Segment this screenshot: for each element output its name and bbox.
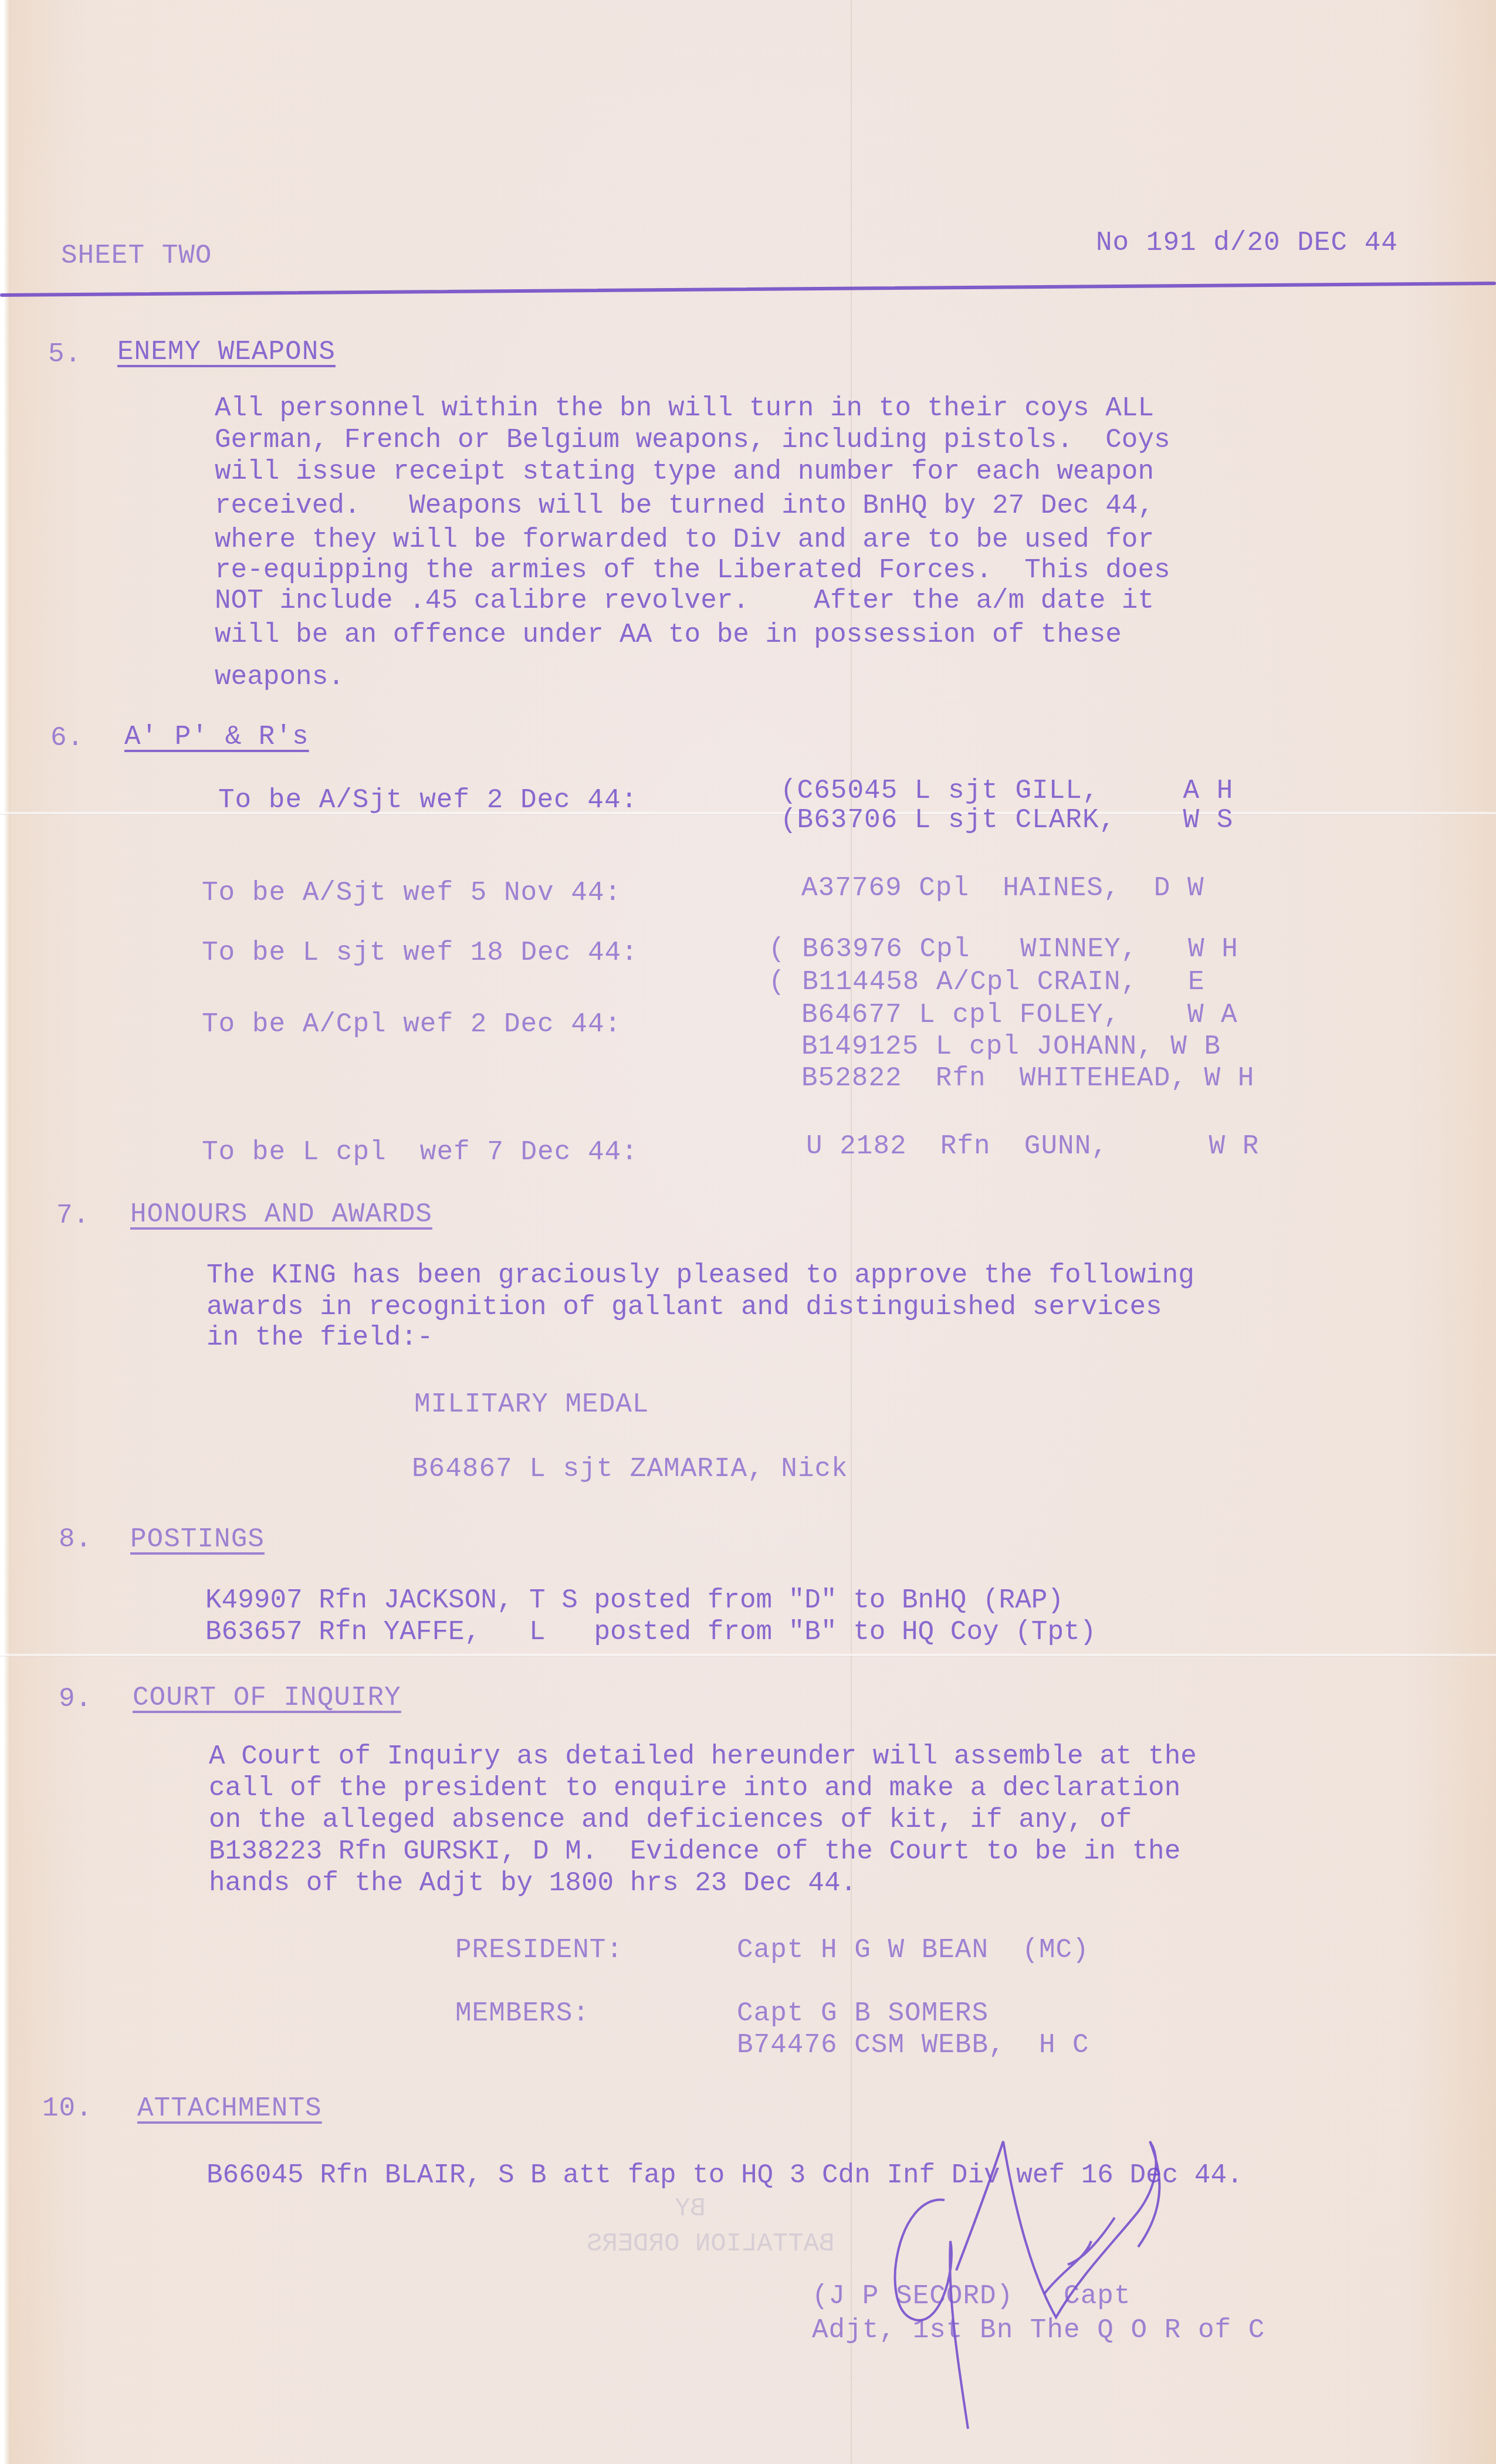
section-number: 8. — [59, 1523, 92, 1556]
body-line: hands of the Adjt by 1800 hrs 23 Dec 44. — [209, 1867, 857, 1900]
body-line: received. Weapons will be turned into Bn… — [215, 489, 1154, 522]
section-title-postings: POSTINGS — [130, 1523, 265, 1556]
appointment-name: A37769 Cpl HAINES, D W — [801, 872, 1204, 905]
appointment-name: (C65045 L sjt GILL, A H — [780, 774, 1233, 807]
appointment-name: ( B114458 A/Cpl CRAIN, E — [769, 966, 1205, 999]
body-line: B63657 Rfn YAFFE, L posted from "B" to H… — [205, 1616, 1096, 1649]
appointment-name: B149125 L cpl JOHANN, W B — [801, 1030, 1221, 1063]
body-line: re-equipping the armies of the Liberated… — [215, 554, 1170, 587]
body-line: on the alleged absence and deficiences o… — [209, 1803, 1132, 1836]
appointment-label: To be A/Sjt wef 5 Nov 44: — [202, 876, 621, 909]
body-line: K49907 Rfn JACKSON, T S posted from "D" … — [205, 1584, 1064, 1617]
section-number: 7. — [56, 1199, 90, 1232]
section-title-honours: HONOURS AND AWARDS — [130, 1198, 432, 1231]
order-reference: No 191 d/20 DEC 44 — [1096, 226, 1398, 259]
section-title-court-of-inquiry: COURT OF INQUIRY — [133, 1681, 401, 1714]
appointment-label: To be A/Cpl wef 2 Dec 44: — [202, 1008, 621, 1041]
award-recipient: B64867 L sjt ZAMARIA, Nick — [412, 1453, 848, 1485]
section-number: 10. — [42, 2092, 93, 2125]
appointment-label: To be A/Sjt wef 2 Dec 44: — [218, 784, 638, 817]
president-label: PRESIDENT: — [455, 1934, 623, 1967]
appointment-name: U 2182 Rfn GUNN, W R — [806, 1130, 1259, 1163]
award-title: MILITARY MEDAL — [414, 1388, 649, 1421]
bleed-through-text: BY — [675, 2194, 706, 2223]
body-line: in the field:- — [207, 1321, 433, 1354]
signatory-title: Adjt, 1st Bn The Q O R of C — [812, 2314, 1265, 2347]
fold-crease — [0, 1653, 1496, 1657]
president-value: Capt H G W BEAN (MC) — [737, 1934, 1089, 1967]
vertical-fold-crease — [851, 0, 852, 2464]
sheet-label: SHEET TWO — [61, 239, 212, 272]
body-line: A Court of Inquiry as detailed hereunder… — [209, 1740, 1197, 1773]
body-line: will be an offence under AA to be in pos… — [215, 618, 1122, 651]
members-label: MEMBERS: — [455, 1997, 590, 2030]
body-line: B138223 Rfn GURSKI, D M. Evidence of the… — [209, 1835, 1180, 1868]
section-number: 5. — [48, 338, 82, 371]
appointment-name: (B63706 L sjt CLARK, W S — [780, 804, 1233, 837]
member-name: Capt G B SOMERS — [737, 1997, 989, 2030]
body-line: call of the president to enquire into an… — [209, 1772, 1180, 1805]
header-rule — [0, 282, 1496, 297]
appointment-label: To be L sjt wef 18 Dec 44: — [202, 936, 638, 969]
appointment-label: To be L cpl wef 7 Dec 44: — [202, 1136, 638, 1169]
body-line: will issue receipt stating type and numb… — [215, 455, 1154, 488]
appointment-name: ( B63976 Cpl WINNEY, W H — [769, 933, 1238, 966]
section-title-attachments: ATTACHMENTS — [137, 2092, 322, 2125]
body-line: All personnel within the bn will turn in… — [215, 392, 1154, 425]
section-title-enemy-weapons: ENEMY WEAPONS — [117, 336, 336, 368]
signatory-name: (J P SECORD) Capt — [812, 2280, 1131, 2313]
body-line: NOT include .45 calibre revolver. After … — [215, 584, 1154, 617]
member-name: B74476 CSM WEBB, H C — [737, 2029, 1089, 2062]
page-edge — [0, 0, 11, 2464]
body-line: The KING has been graciously pleased to … — [207, 1259, 1194, 1292]
section-number: 6. — [50, 722, 84, 754]
body-line: weapons. — [215, 661, 344, 693]
appointment-name: B64677 L cpl FOLEY, W A — [801, 999, 1238, 1031]
section-title-appointments: A' P' & R's — [124, 720, 309, 753]
body-line: awards in recognition of gallant and dis… — [207, 1291, 1162, 1324]
appointment-name: B52822 Rfn WHITEHEAD, W H — [801, 1062, 1254, 1095]
bleed-through-text: BATTALION ORDERS — [587, 2229, 834, 2259]
body-line: where they will be forwarded to Div and … — [215, 523, 1154, 556]
body-line: German, French or Belgium weapons, inclu… — [215, 424, 1170, 456]
section-number: 9. — [59, 1683, 92, 1715]
